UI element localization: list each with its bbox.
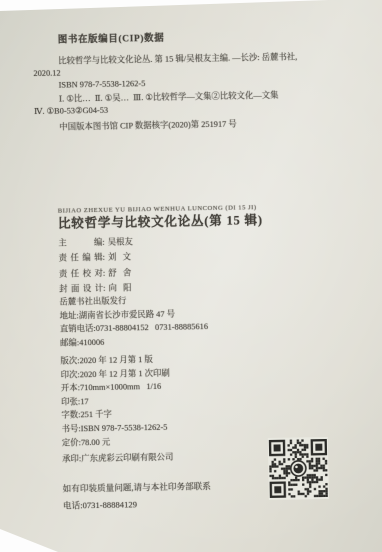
cip-section: 图书在版编目(CIP)数据 比较哲学与比较文化论丛. 第 15 辑/吴根友主编.… — [33, 29, 365, 134]
edition-block: 版次:2020 年 12 月第 1 版 印次:2020 年 12 月第 1 次印… — [38, 349, 370, 450]
staff-block: 主编吴根友 责任编辑刘 文 责任校对舒 舍 封面设计向 阳 — [36, 230, 367, 297]
qr-code — [268, 437, 329, 500]
colophon-content: 图书在版编目(CIP)数据 比较哲学与比较文化论丛. 第 15 辑/吴根友主编.… — [33, 24, 372, 530]
staff-label: 主编 — [58, 235, 102, 251]
staff-value: 刘 文 — [103, 253, 132, 262]
title-block: BIJIAO ZHEXUE YU BIJIAO WENHUA LUNCONG (… — [36, 201, 366, 233]
qr-code-image — [269, 438, 328, 499]
publisher-block: 岳麓书社出版发行 地址:湖南省长沙市爱民路 47 号 直销电话:0731-888… — [37, 290, 368, 350]
staff-label: 责任编辑 — [58, 250, 102, 266]
cip-record-line: 中国版本图书馆 CIP 数据核字(2020)第 251917 号 — [59, 116, 364, 133]
staff-label: 责任校对 — [59, 266, 103, 282]
book-page-photo: 图书在版编目(CIP)数据 比较哲学与比较文化论丛. 第 15 辑/吴根友主编.… — [0, 0, 382, 552]
staff-value: 吴根友 — [102, 237, 133, 247]
staff-value: 向 阳 — [103, 284, 132, 293]
cip-header: 图书在版编目(CIP)数据 — [58, 29, 363, 47]
staff-value: 舒 舍 — [103, 268, 132, 277]
